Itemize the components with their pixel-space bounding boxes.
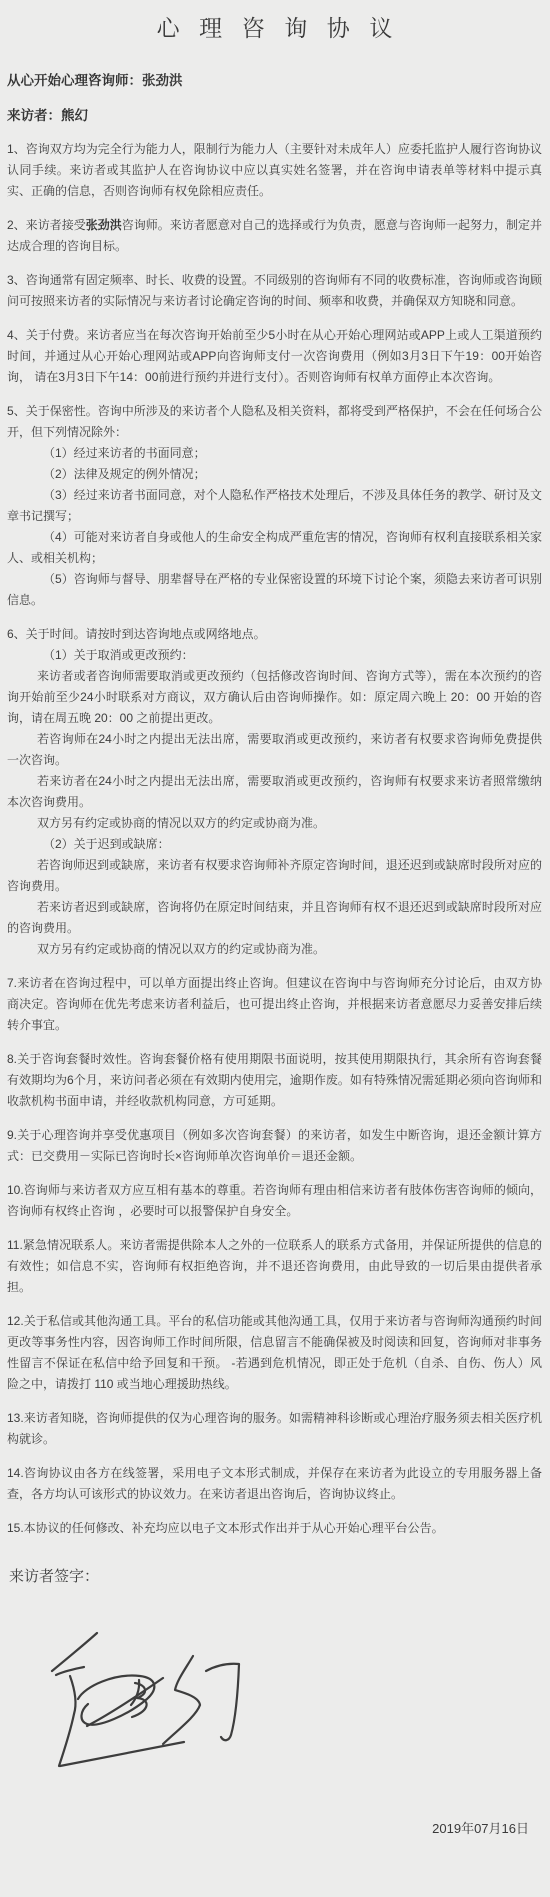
- clause: 10.咨询师与来访者双方应互相有基本的尊重。若咨询师有理由相信来访者有肢体伤害咨…: [7, 1180, 542, 1222]
- clause: 3、咨询通常有固定频率、时长、收费的设置。不同级别的咨询师有不同的收费标准，咨询…: [7, 270, 542, 312]
- clause: 15.本协议的任何修改、补充均应以电子文本形式作出并于从心开始心理平台公告。: [7, 1518, 542, 1539]
- clause: 2、来访者接受张劲洪咨询师。来访者愿意对自己的选择或行为负责，愿意与咨询师一起努…: [7, 215, 542, 257]
- clause-line: （2）关于迟到或缺席：: [7, 834, 542, 855]
- clause-line: 9.关于心理咨询并享受优惠项目（例如多次咨询套餐）的来访者，如发生中断咨询，退还…: [7, 1125, 542, 1167]
- clause: 5、关于保密性。咨询中所涉及的来访者个人隐私及相关资料，都将受到严格保护，不会在…: [7, 401, 542, 611]
- clause-line: 5、关于保密性。咨询中所涉及的来访者个人隐私及相关资料，都将受到严格保护，不会在…: [7, 401, 542, 443]
- clause-line: 6、关于时间。请按时到达咨询地点或网络地点。: [7, 624, 542, 645]
- clause-line: 10.咨询师与来访者双方应互相有基本的尊重。若咨询师有理由相信来访者有肢体伤害咨…: [7, 1180, 542, 1222]
- clause-line: 13.来访者知晓，咨询师提供的仅为心理咨询的服务。如需精神科诊断或心理治疗服务须…: [7, 1408, 542, 1450]
- clause-list: 1、咨询双方均为完全行为能力人，限制行为能力人（主要针对未成年人）应委托监护人履…: [7, 139, 542, 1539]
- clause-line: （3）经过来访者书面同意，对个人隐私作严格技术处理后，不涉及具体任务的教学、研讨…: [7, 485, 542, 527]
- clause-line: （1）经过来访者的书面同意；: [7, 443, 542, 464]
- clause-line: 3、咨询通常有固定频率、时长、收费的设置。不同级别的咨询师有不同的收费标准，咨询…: [7, 270, 542, 312]
- agreement-date: 2019年07月16日: [7, 1818, 542, 1837]
- clause-line: 4、关于付费。来访者应当在每次咨询开始前至少5小时在从心开始心理网站或APP上或…: [7, 325, 542, 388]
- counselor-label: 从心开始心理咨询师：: [7, 73, 142, 88]
- clause: 12.关于私信或其他沟通工具。平台的私信功能或其他沟通工具，仅用于来访者与咨询师…: [7, 1311, 542, 1395]
- visitor-name: 熊幻: [61, 108, 88, 123]
- counselor-name-inline: 张劲洪: [86, 218, 122, 232]
- clause-line: 14.咨询协议由各方在线签署，采用电子文本形式制成，并保存在来访者为此设立的专用…: [7, 1463, 542, 1505]
- page-title: 心理咨询协议: [7, 10, 542, 43]
- clause: 14.咨询协议由各方在线签署，采用电子文本形式制成，并保存在来访者为此设立的专用…: [7, 1463, 542, 1505]
- clause-line: 若咨询师迟到或缺席，来访者有权要求咨询师补齐原定咨询时间，退还迟到或缺席时段所对…: [7, 855, 542, 897]
- clause-line: 8.关于咨询套餐时效性。咨询套餐价格有使用期限书面说明，按其使用期限执行，其余所…: [7, 1049, 542, 1112]
- clause-line: 15.本协议的任何修改、补充均应以电子文本形式作出并于从心开始心理平台公告。: [7, 1518, 542, 1539]
- signature-scrawl: [25, 1614, 257, 1786]
- clause-text: 2、来访者接受: [7, 218, 86, 232]
- clause-line: （1）关于取消或更改预约：: [7, 645, 542, 666]
- visitor-line: 来访者：熊幻: [7, 104, 542, 124]
- clause-line: 若来访者在24小时之内提出无法出席，需要取消或更改预约，咨询师有权要求来访者照常…: [7, 771, 542, 813]
- signature-label: 来访者签字：: [9, 1565, 542, 1586]
- clause: 6、关于时间。请按时到达咨询地点或网络地点。（1）关于取消或更改预约：来访者或者…: [7, 624, 542, 960]
- clause-line: 双方另有约定或协商的情况以双方的约定或协商为准。: [7, 939, 542, 960]
- counselor-line: 从心开始心理咨询师：张劲洪: [7, 69, 542, 89]
- clause-line: 12.关于私信或其他沟通工具。平台的私信功能或其他沟通工具，仅用于来访者与咨询师…: [7, 1311, 542, 1395]
- counselor-name: 张劲洪: [142, 73, 183, 88]
- clause-line: 双方另有约定或协商的情况以双方的约定或协商为准。: [7, 813, 542, 834]
- clause-line: 7.来访者在咨询过程中，可以单方面提出终止咨询。但建议在咨询中与咨询师充分讨论后…: [7, 973, 542, 1036]
- clause: 9.关于心理咨询并享受优惠项目（例如多次咨询套餐）的来访者，如发生中断咨询，退还…: [7, 1125, 542, 1167]
- clause-line: 来访者或者咨询师需要取消或更改预约（包括修改咨询时间、咨询方式等），需在本次预约…: [7, 666, 542, 729]
- clause: 7.来访者在咨询过程中，可以单方面提出终止咨询。但建议在咨询中与咨询师充分讨论后…: [7, 973, 542, 1036]
- clause-line: （2）法律及规定的例外情况；: [7, 464, 542, 485]
- clause-line: 1、咨询双方均为完全行为能力人，限制行为能力人（主要针对未成年人）应委托监护人履…: [7, 139, 542, 202]
- clause-line: 若咨询师在24小时之内提出无法出席，需要取消或更改预约，来访者有权要求咨询师免费…: [7, 729, 542, 771]
- clause-line: 11.紧急情况联系人。来访者需提供除本人之外的一位联系人的联系方式备用，并保证所…: [7, 1235, 542, 1298]
- clause-line: 若来访者迟到或缺席，咨询将仍在原定时间结束，并且咨询师有权不退还迟到或缺席时段所…: [7, 897, 542, 939]
- clause: 8.关于咨询套餐时效性。咨询套餐价格有使用期限书面说明，按其使用期限执行，其余所…: [7, 1049, 542, 1112]
- clause: 13.来访者知晓，咨询师提供的仅为心理咨询的服务。如需精神科诊断或心理治疗服务须…: [7, 1408, 542, 1450]
- visitor-label: 来访者：: [7, 108, 61, 123]
- clause: 11.紧急情况联系人。来访者需提供除本人之外的一位联系人的联系方式备用，并保证所…: [7, 1235, 542, 1298]
- clause-line: （4）可能对来访者自身或他人的生命安全构成严重危害的情况，咨询师有权利直接联系相…: [7, 527, 542, 569]
- clause: 1、咨询双方均为完全行为能力人，限制行为能力人（主要针对未成年人）应委托监护人履…: [7, 139, 542, 202]
- clause-line: 2、来访者接受张劲洪咨询师。来访者愿意对自己的选择或行为负责，愿意与咨询师一起努…: [7, 215, 542, 257]
- clause-line: （5）咨询师与督导、朋辈督导在严格的专业保密设置的环境下讨论个案，须隐去来访者可…: [7, 569, 542, 611]
- visitor-signature: [25, 1614, 257, 1786]
- agreement-document: 心理咨询协议 从心开始心理咨询师：张劲洪 来访者：熊幻 1、咨询双方均为完全行为…: [0, 0, 550, 1897]
- clause: 4、关于付费。来访者应当在每次咨询开始前至少5小时在从心开始心理网站或APP上或…: [7, 325, 542, 388]
